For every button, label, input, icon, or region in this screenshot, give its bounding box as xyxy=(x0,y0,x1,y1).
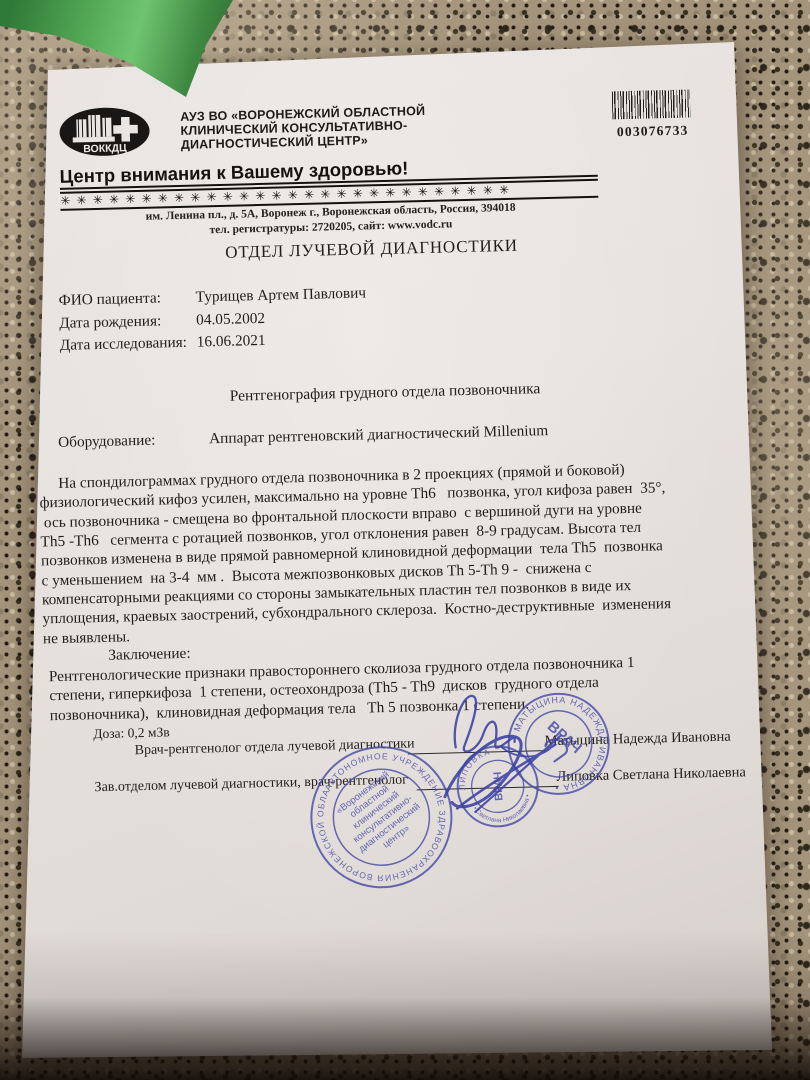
head-signature-slash xyxy=(473,736,562,812)
ink-signatures xyxy=(0,0,810,1080)
paper-sheet: ВОККДЦ АУЗ ВО «ВОРОНЕЖСКИЙ ОБЛАСТНОЙ КЛИ… xyxy=(0,0,810,1080)
paper-sheet-wrap: ВОККДЦ АУЗ ВО «ВОРОНЕЖСКИЙ ОБЛАСТНОЙ КЛИ… xyxy=(0,0,810,1080)
document-content: ВОККДЦ АУЗ ВО «ВОРОНЕЖСКИЙ ОБЛАСТНОЙ КЛИ… xyxy=(0,0,810,1080)
radiologist-signature xyxy=(454,695,515,752)
photo-of-medical-report: ВОККДЦ АУЗ ВО «ВОРОНЕЖСКИЙ ОБЛАСТНОЙ КЛИ… xyxy=(0,0,810,1080)
